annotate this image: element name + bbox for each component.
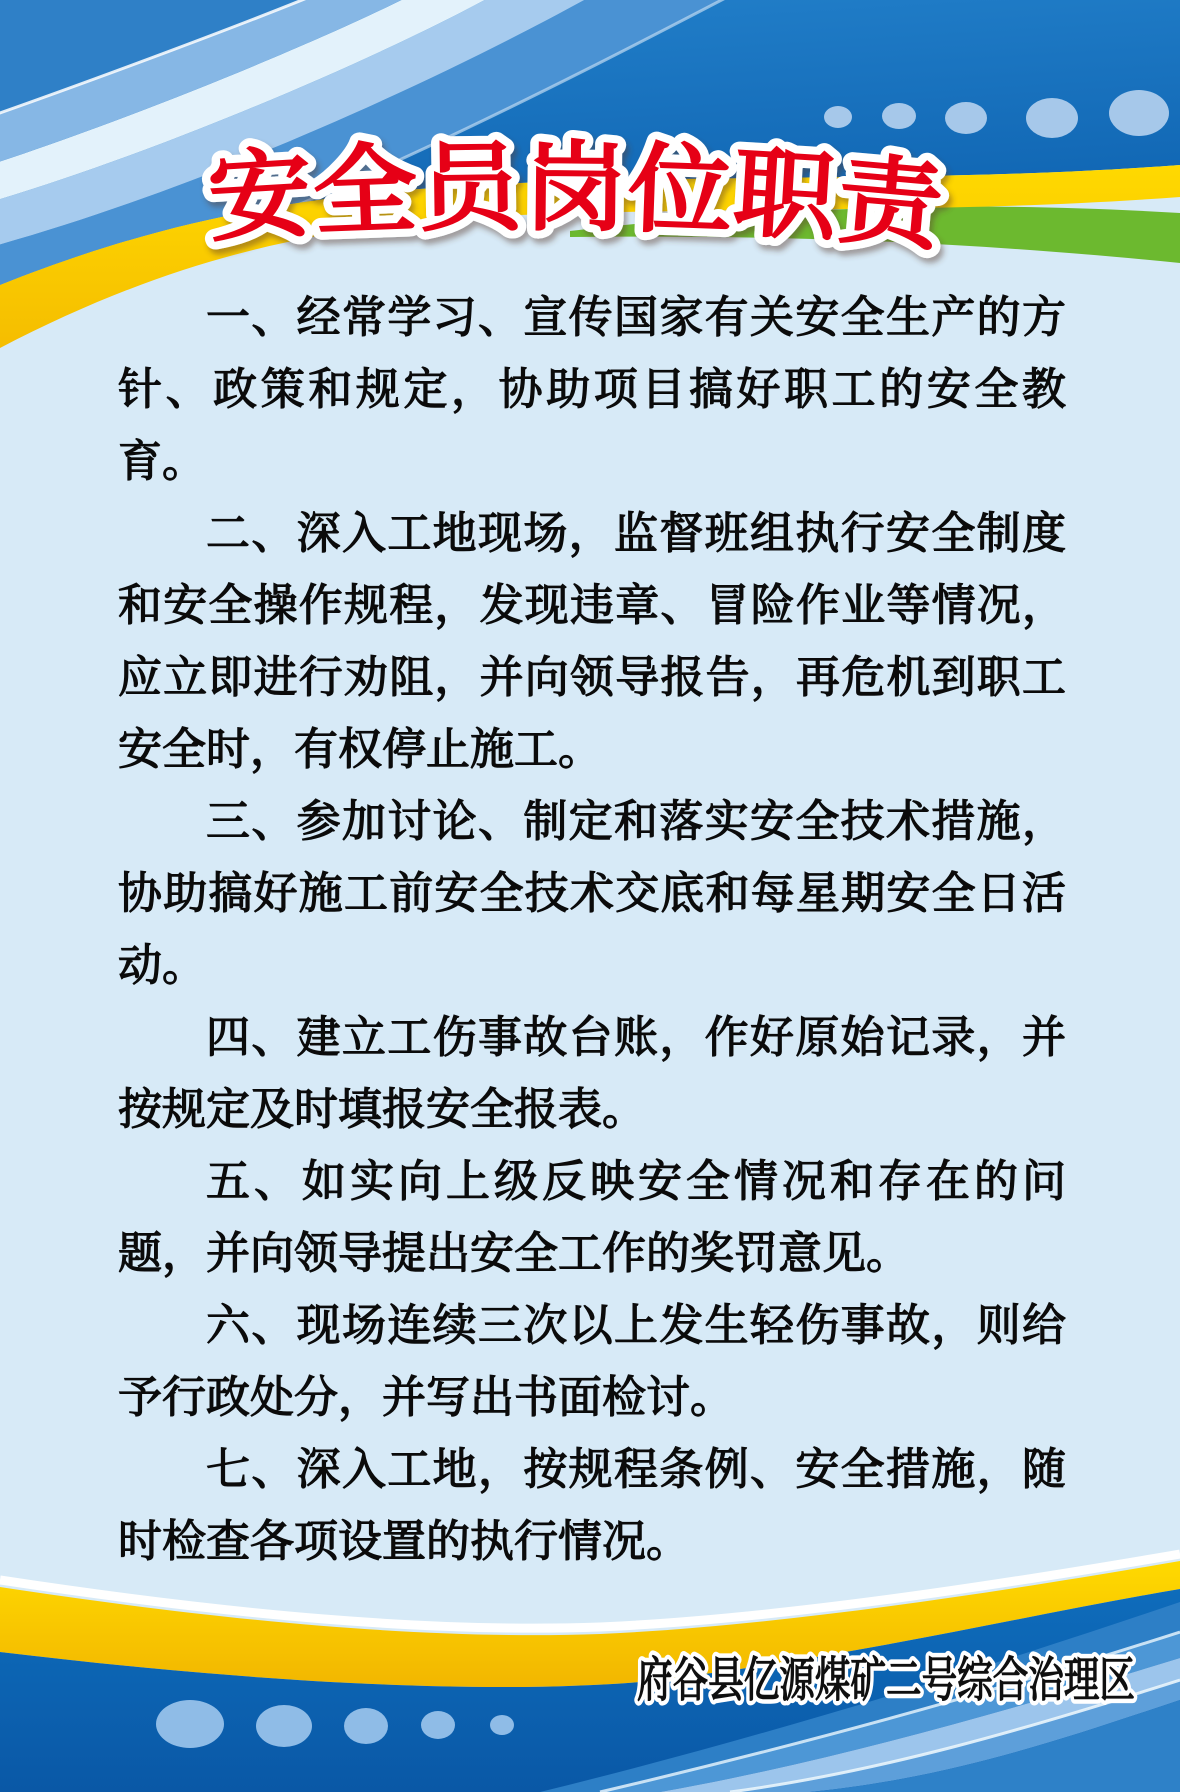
duty-item-4: 四、建立工伤事故台账，作好原始记录，并按规定及时填报安全报表。 xyxy=(118,1002,1066,1146)
safety-duty-poster: 安全员岗位职责 一、经常学习、宣传国家有关安全生产的方针、政策和规定，协助项目搞… xyxy=(0,0,1180,1792)
duty-list: 一、经常学习、宣传国家有关安全生产的方针、政策和规定，协助项目搞好职工的安全教育… xyxy=(118,282,1066,1578)
duty-item-1: 一、经常学习、宣传国家有关安全生产的方针、政策和规定，协助项目搞好职工的安全教育… xyxy=(118,282,1066,498)
duty-item-6: 六、现场连续三次以上发生轻伤事故，则给予行政处分，并写出书面检讨。 xyxy=(118,1290,1066,1434)
duty-item-3: 三、参加讨论、制定和落实安全技术措施，协助搞好施工前安全技术交底和每星期安全日活… xyxy=(118,786,1066,1002)
poster-title: 安全员岗位职责 xyxy=(205,132,953,263)
duty-item-5: 五、如实向上级反映安全情况和存在的问题，并向领导提出安全工作的奖罚意见。 xyxy=(118,1146,1066,1290)
bottom-decoration: 府谷县亿源煤矿二号综合治理区 xyxy=(0,1540,1180,1792)
footer-organization: 府谷县亿源煤矿二号综合治理区 xyxy=(637,1654,1135,1707)
duty-item-2: 二、深入工地现场，监督班组执行安全制度和安全操作规程，发现违章、冒险作业等情况，… xyxy=(118,498,1066,786)
